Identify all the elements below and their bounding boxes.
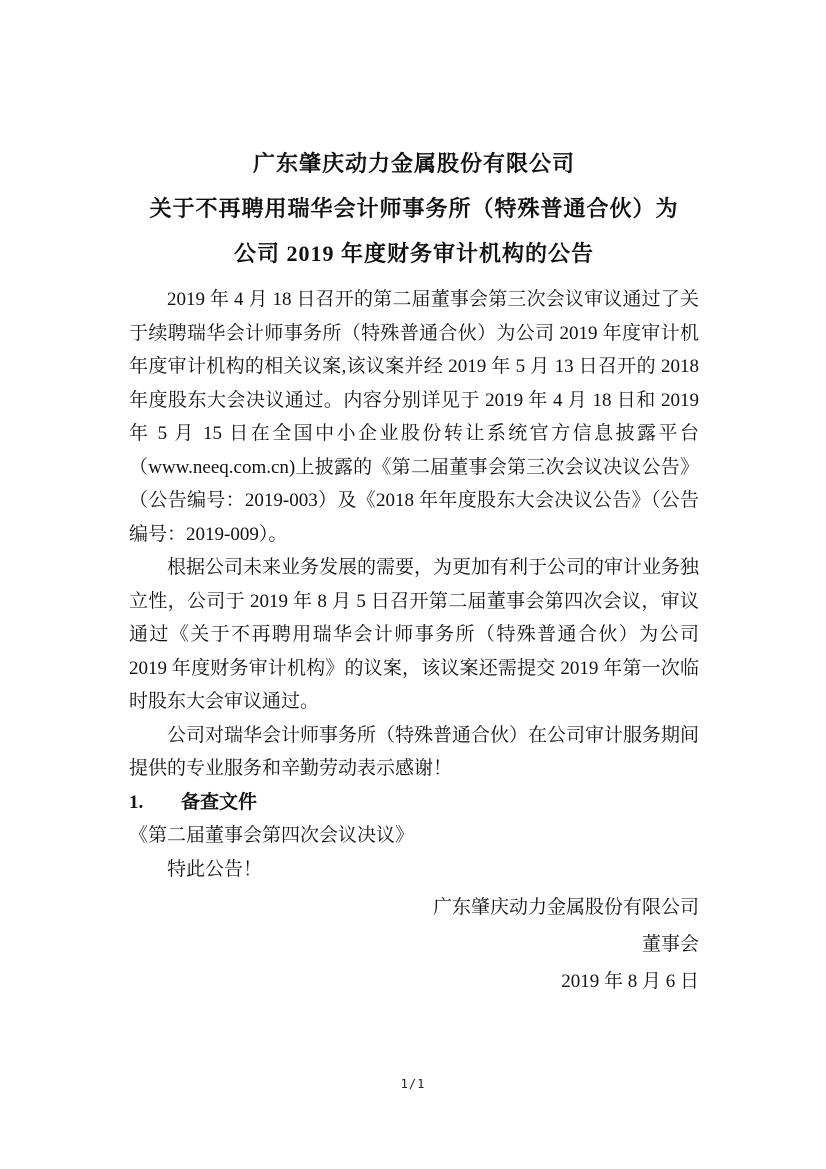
document-title: 广东肇庆动力金属股份有限公司 关于不再聘用瑞华会计师事务所（特殊普通合伙）为 公… [129,141,699,276]
title-line-2: 关于不再聘用瑞华会计师事务所（特殊普通合伙）为 [129,186,699,231]
document-body: 2019 年 4 月 18 日召开的第二届董事会第三次会议审议通过了关于续聘瑞华… [129,283,699,1000]
signature-company: 广东肇庆动力金属股份有限公司 [129,889,699,926]
paragraph-3: 公司对瑞华会计师事务所（特殊普通合伙）在公司审计服务期间提供的专业服务和辛勤劳动… [129,719,699,786]
title-line-3: 公司 2019 年度财务审计机构的公告 [129,231,699,276]
closing-statement: 特此公告！ [129,853,699,887]
signature-date: 2019 年 8 月 6 日 [129,963,699,1000]
document-content: 广东肇庆动力金属股份有限公司 关于不再聘用瑞华会计师事务所（特殊普通合伙）为 公… [129,141,699,1000]
title-line-1: 广东肇庆动力金属股份有限公司 [129,141,699,186]
section-heading: 1. 备查文件 [129,786,699,820]
paragraph-1: 2019 年 4 月 18 日召开的第二届董事会第三次会议审议通过了关于续聘瑞华… [129,283,699,551]
document-page: 广东肇庆动力金属股份有限公司 关于不再聘用瑞华会计师事务所（特殊普通合伙）为 公… [0,0,826,1169]
reference-document: 《第二届董事会第四次会议决议》 [129,819,699,853]
signature-block: 广东肇庆动力金属股份有限公司 董事会 2019 年 8 月 6 日 [129,889,699,1000]
paragraph-2: 根据公司未来业务发展的需要，为更加有利于公司的审计业务独立性，公司于 2019 … [129,551,699,719]
signature-issuer: 董事会 [129,926,699,963]
section-number: 1. [129,786,181,820]
page-number: 1/1 [0,1077,826,1091]
section-heading-label: 备查文件 [181,786,257,820]
